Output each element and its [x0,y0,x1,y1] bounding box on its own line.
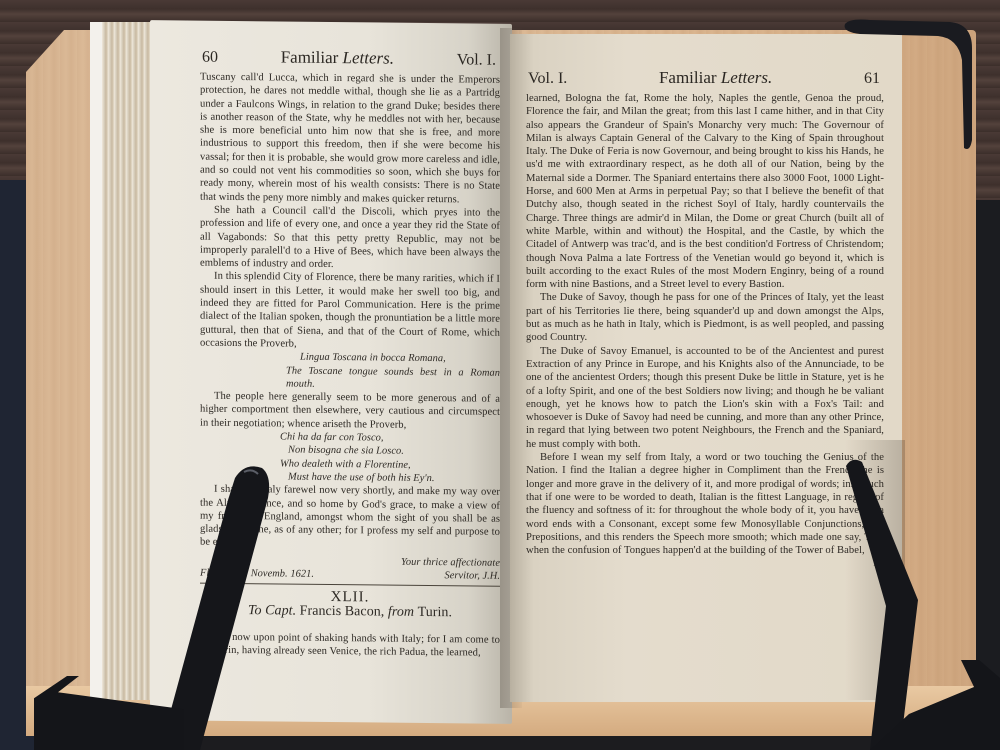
page-clip-arm-left [160,466,269,750]
page-clips [0,0,1000,750]
page-clip-arm-right [846,460,918,750]
corner-clip-top-right [845,20,972,150]
